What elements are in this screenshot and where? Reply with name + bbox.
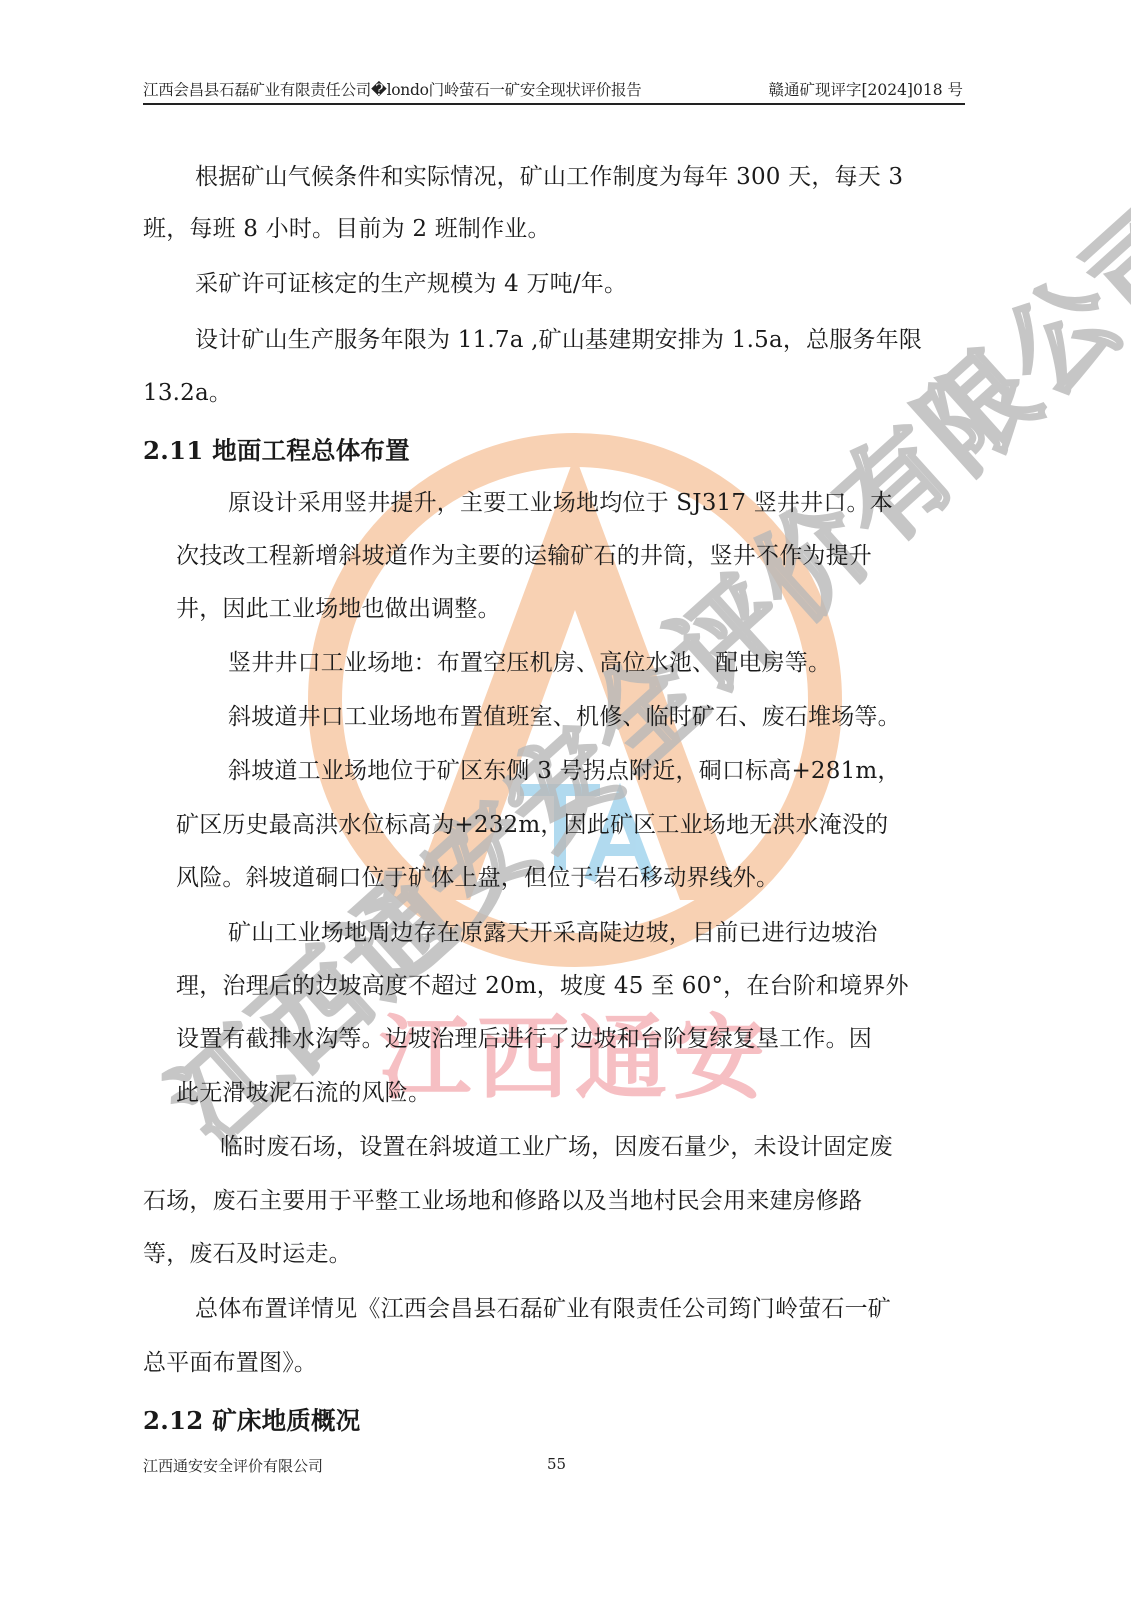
paragraph-waste-dump: 临时废石场，设置在斜坡道工业广场，因废石量少，未设计固定废 xyxy=(220,1120,1042,1175)
paragraph-waste-dump-cont: 石场，废石主要用于平整工业场地和修路以及当地村民会用来建房修路 xyxy=(143,1174,965,1229)
paragraph-service-life-cont: 13.2a。 xyxy=(143,366,965,421)
paragraph-work-schedule-cont: 班，每班 8 小时。目前为 2 班制作业。 xyxy=(143,202,965,257)
paragraph-production-scale: 采矿许可证核定的生产规模为 4 万吨/年。 xyxy=(195,257,1017,312)
paragraph-layout-1-cont: 次技改工程新增斜坡道作为主要的运输矿石的井筒，竖井不作为提升 xyxy=(176,529,998,584)
paragraph-slope-cont: 理，治理后的边坡高度不超过 20m，坡度 45 至 60°，在台阶和境界外 xyxy=(176,959,998,1014)
page-header: 江西会昌县石磊矿业有限责任公司�londo门岭萤石一矿安全现状评价报告 赣通矿现… xyxy=(143,76,963,100)
paragraph-waste-dump-cont2: 等，废石及时运走。 xyxy=(143,1227,965,1282)
paragraph-ramp-location: 斜坡道工业场地位于矿区东侧 3 号拐点附近，硐口标高+281m， xyxy=(228,744,1050,799)
paragraph-general-layout-ref-cont: 总平面布置图》。 xyxy=(143,1336,965,1391)
paragraph-layout-1: 原设计采用竖井提升，主要工业场地均位于 SJ317 竖井井口。本 xyxy=(228,476,1050,531)
paragraph-ramp-location-cont: 矿区历史最高洪水位标高为+232m，因此矿区工业场地无洪水淹没的 xyxy=(176,798,998,853)
page-number: 55 xyxy=(547,1455,566,1473)
section-heading-2-11: 2.11 地面工程总体布置 xyxy=(143,432,410,467)
paragraph-ramp-location-cont2: 风险。斜坡道硐口位于矿体上盘，但位于岩石移动界线外。 xyxy=(176,851,998,906)
paragraph-shaft-site: 竖井井口工业场地：布置空压机房、高位水池、配电房等。 xyxy=(228,636,1050,691)
paragraph-layout-1-cont2: 井，因此工业场地也做出调整。 xyxy=(176,582,998,637)
paragraph-slope-cont3: 此无滑坡泥石流的风险。 xyxy=(176,1066,998,1121)
document-number: 赣通矿现评字[2024]018 号 xyxy=(768,78,963,100)
footer-company: 江西通安安全评价有限公司 xyxy=(143,1455,323,1476)
paragraph-work-schedule: 根据矿山气候条件和实际情况，矿山工作制度为每年 300 天，每天 3 xyxy=(195,150,1017,205)
paragraph-ramp-site: 斜坡道井口工业场地布置值班室、机修、临时矿石、废石堆场等。 xyxy=(228,690,1050,745)
section-heading-2-12: 2.12 矿床地质概况 xyxy=(143,1402,360,1437)
document-page: 江西通安 江西通安安全评价有限公司 江西会昌县石磊矿业有限责任公司�londo门… xyxy=(0,0,1131,1600)
paragraph-slope: 矿山工业场地周边存在原露天开采高陡边坡，目前已进行边坡治 xyxy=(228,906,1050,961)
header-divider xyxy=(143,103,965,105)
paragraph-slope-cont2: 设置有截排水沟等。边坡治理后进行了边坡和台阶复绿复垦工作。因 xyxy=(176,1012,998,1067)
paragraph-service-life: 设计矿山生产服务年限为 11.7a ,矿山基建期安排为 1.5a，总服务年限 xyxy=(195,313,1017,368)
paragraph-general-layout-ref: 总体布置详情见《江西会昌县石磊矿业有限责任公司筠门岭萤石一矿 xyxy=(195,1282,1017,1337)
report-title: 江西会昌县石磊矿业有限责任公司�londo门岭萤石一矿安全现状评价报告 xyxy=(143,78,641,100)
